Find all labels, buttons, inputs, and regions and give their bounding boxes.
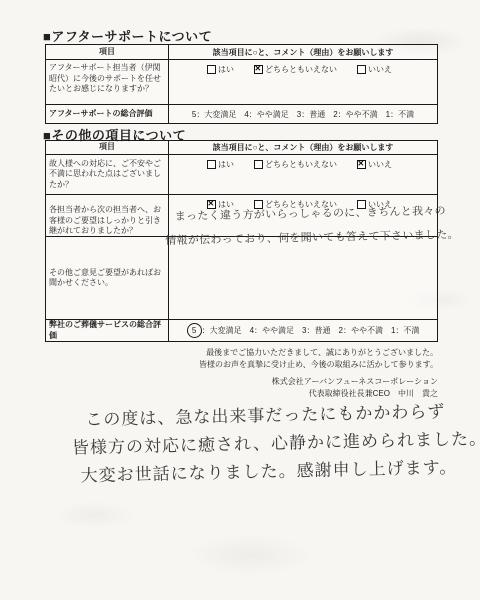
answer-cell: はい どちらともいえない いいえ [169,60,437,104]
option-neutral: どちらともいえない [254,64,337,75]
question-text: その他ご意見ご要望があればお聞かせください。 [46,237,169,319]
rating-label: 弊社のご葬儀サービスの総合評価 [46,320,169,341]
column-header-instruction: 該当項目に○と、コメント（理由）をお願いします [169,141,437,154]
option-yes: はい [207,64,234,75]
rating-scale-text: ：大変満足 4：やや満足 3：普通 2：やや不満 1：不満 [202,325,420,336]
table-row-service-rating: 弊社のご葬儀サービスの総合評価 5 ：大変満足 4：やや満足 3：普通 2：やや… [46,319,437,341]
after-support-table: 項目 該当項目に○と、コメント（理由）をお願いします アフターサポート担当者（伊… [45,44,438,124]
option-label: はい [218,64,234,75]
answer-cell: はい どちらともいえない いいえ [169,155,437,194]
checkbox-icon [254,160,263,169]
column-header-item: 項目 [46,45,169,59]
question-text: アフターサポート担当者（伊関 昭代）に今後のサポートを任せたいとお感じになります… [46,60,169,104]
checkbox-group: はい どちらともいえない いいえ [169,155,437,170]
company-name: 株式会社アーバンフューネスコーポレーション [199,376,438,388]
checkbox-icon [357,160,366,169]
rating-scale-cell: 5：大変満足 4：やや満足 3：普通 2：やや不満 1：不満 [169,105,437,123]
rating-scale-cell: 5 ：大変満足 4：やや満足 3：普通 2：やや不満 1：不満 [169,320,437,341]
handwritten-comment: まったく違う方がいらっしゃるのに、きちんと我々の 情報が伝わっており、何を聞いて… [165,199,460,253]
question-text: 各担当者から次の担当者へ、お客様のご要望はしっかりと引き継がれておりましたか？ [46,195,169,236]
checkbox-icon [207,65,216,74]
column-header-item: 項目 [46,141,169,154]
checkbox-icon [357,65,366,74]
circled-rating-icon: 5 [187,323,202,338]
thanks-line: 皆様のお声を真摯に受け止め、今後の取組みに活かして参ります。 [199,359,438,371]
option-label: いいえ [368,64,392,75]
option-label: どちらともいえない [265,159,337,170]
table-header-row: 項目 該当項目に○と、コメント（理由）をお願いします [46,141,437,154]
scanned-survey-document: ■アフターサポートについて 項目 該当項目に○と、コメント（理由）をお願いします… [0,0,480,600]
question-text: 故人様への対応に、ご不安やご不満に思われた点はございましたか？ [46,155,169,194]
option-label: いいえ [368,159,392,170]
option-label: どちらともいえない [265,64,337,75]
checkbox-icon [207,160,216,169]
option-label: はい [218,159,234,170]
closing-message: 最後までご協力いただきまして、誠にありがとうございました。 皆様のお声を真摯に受… [199,347,438,400]
option-yes: はい [207,159,234,170]
handwritten-note: この度は、急な出来事だったにもかかわらず 皆様方の対応に癒され、心静かに進められ… [57,397,480,491]
rating-scale-text: 5：大変満足 4：やや満足 3：普通 2：やや不満 1：不満 [192,109,414,120]
table-row-deceased-care: 故人様への対応に、ご不安やご不満に思われた点はございましたか？ はい どちらとも… [46,154,437,194]
checkbox-icon [254,65,263,74]
table-header-row: 項目 該当項目に○と、コメント（理由）をお願いします [46,45,437,59]
table-row-support-person: アフターサポート担当者（伊関 昭代）に今後のサポートを任せたいとお感じになります… [46,59,437,104]
column-header-instruction: 該当項目に○と、コメント（理由）をお願いします [169,45,437,59]
option-no: いいえ [357,64,392,75]
rating-label: アフターサポートの総合評価 [46,105,169,123]
thanks-line: 最後までご協力いただきまして、誠にありがとうございました。 [199,347,438,359]
section-title-after-support: ■アフターサポートについて [43,26,212,45]
table-row-support-rating: アフターサポートの総合評価 5：大変満足 4：やや満足 3：普通 2：やや不満 … [46,104,437,123]
checkbox-group: はい どちらともいえない いいえ [169,60,437,75]
option-no: いいえ [357,159,392,170]
option-neutral: どちらともいえない [254,159,337,170]
